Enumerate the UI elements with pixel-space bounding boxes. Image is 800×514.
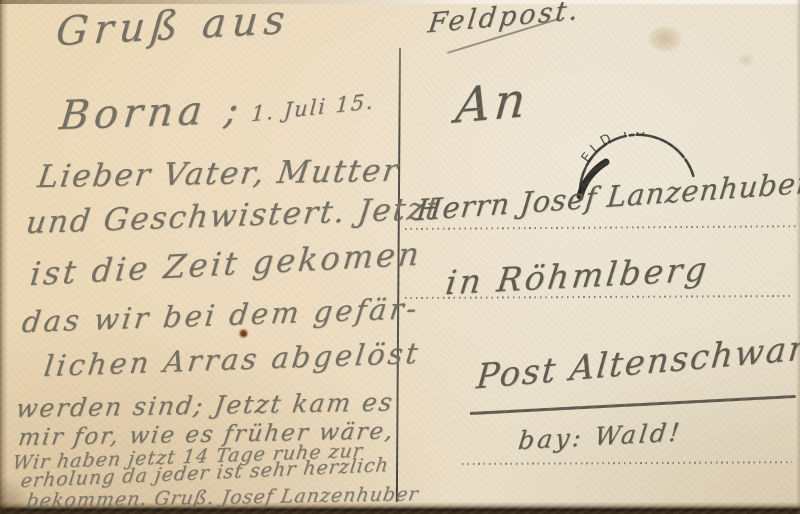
address-underline-stroke bbox=[470, 395, 796, 415]
addressee-an-label: An bbox=[454, 76, 532, 131]
postcard-scan: Gruß aus Borna ; 1. Juli 15. Lieber Vate… bbox=[0, 0, 800, 514]
address-dotted-line bbox=[405, 225, 797, 230]
svg-text:ELD PO: ELD PO bbox=[579, 132, 650, 166]
address-dotted-line bbox=[462, 461, 792, 465]
address-line-region: bay: Wald! bbox=[517, 419, 684, 453]
address-line-place: in Röhmlberg bbox=[444, 252, 711, 299]
postmark-text: ELD PO bbox=[579, 132, 650, 166]
address-panel: Feldpost. An ELD PO Herrn Josef Lanzenhu… bbox=[0, 0, 800, 514]
address-line-post: Post Altenschwand bbox=[475, 329, 800, 395]
